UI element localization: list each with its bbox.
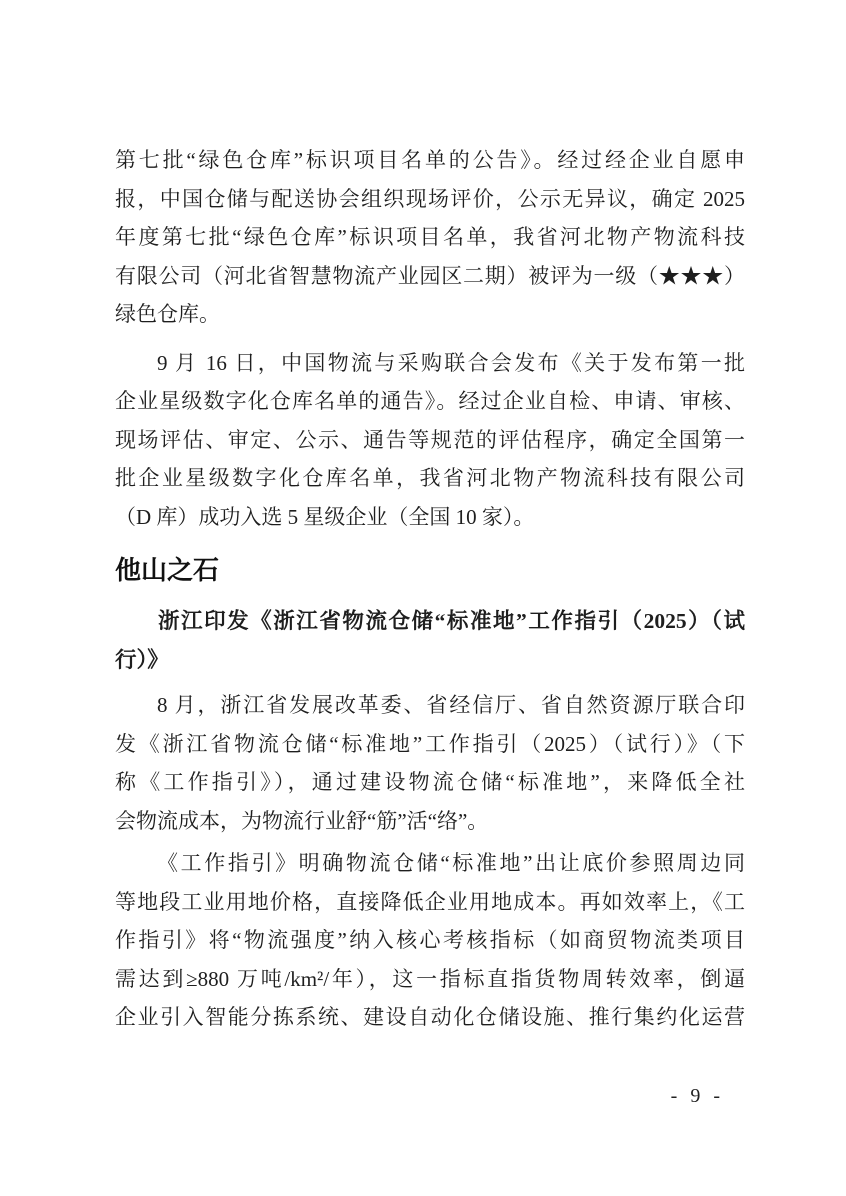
text-line: 企业星级数字化仓库名单的通告》。经过企业自检、申请、审核、 xyxy=(115,382,745,421)
paragraph-guideline-details: 《工作指引》明确物流仓储“标准地”出让底价参照周边同 等地段工业用地价格，直接降… xyxy=(115,844,745,1037)
subheading-zhejiang-guideline: 浙江印发《浙江省物流仓储“标准地”工作指引（2025）（试 行）》 xyxy=(115,602,745,679)
text-line: 报，中国仓储与配送协会组织现场评价，公示无异议，确定 2025 xyxy=(115,180,745,219)
text-line: 绿色仓库。 xyxy=(115,295,745,334)
document-page: 第七批“绿色仓库”标识项目名单的公告》。经过经企业自愿申 报，中国仓储与配送协会… xyxy=(0,0,846,1196)
text-line: 等地段工业用地价格，直接降低企业用地成本。再如效率上，《工 xyxy=(115,883,745,922)
text-line: 9 月 16 日，中国物流与采购联合会发布《关于发布第一批 xyxy=(115,344,745,383)
text-line: 需达到≥880 万吨/km²/年），这一指标直指货物周转效率，倒逼 xyxy=(115,960,745,999)
text-line: 发《浙江省物流仓储“标准地”工作指引（2025）（试行）》（下 xyxy=(115,725,745,764)
paragraph-green-warehouse-announcement: 第七批“绿色仓库”标识项目名单的公告》。经过经企业自愿申 报，中国仓储与配送协会… xyxy=(115,141,745,334)
text-line: 会物流成本，为物流行业舒“筋”活“络”。 xyxy=(115,802,745,841)
section-heading-tashanzhishi: 他山之石 xyxy=(115,548,745,592)
text-line: 企业引入智能分拣系统、建设自动化仓储设施、推行集约化运营 xyxy=(115,998,745,1037)
text-line: 8 月，浙江省发展改革委、省经信厅、省自然资源厅联合印 xyxy=(115,686,745,725)
text-line: 现场评估、审定、公示、通告等规范的评估程序，确定全国第一 xyxy=(115,421,745,460)
paragraph-star-digital-warehouse: 9 月 16 日，中国物流与采购联合会发布《关于发布第一批 企业星级数字化仓库名… xyxy=(115,344,745,537)
text-line: 《工作指引》明确物流仓储“标准地”出让底价参照周边同 xyxy=(115,844,745,883)
text-line: 有限公司（河北省智慧物流产业园区二期）被评为一级（★★★） xyxy=(115,257,745,296)
text-line: 年度第七批“绿色仓库”标识项目名单，我省河北物产物流科技 xyxy=(115,218,745,257)
subheading-line: 浙江印发《浙江省物流仓储“标准地”工作指引（2025）（试 xyxy=(115,602,745,641)
page-number: - 9 - xyxy=(671,1084,724,1108)
paragraph-zhejiang-issue: 8 月，浙江省发展改革委、省经信厅、省自然资源厅联合印 发《浙江省物流仓储“标准… xyxy=(115,686,745,840)
text-line: 称《工作指引》），通过建设物流仓储“标准地”，来降低全社 xyxy=(115,763,745,802)
text-line: 批企业星级数字化仓库名单，我省河北物产物流科技有限公司 xyxy=(115,459,745,498)
document-body: 第七批“绿色仓库”标识项目名单的公告》。经过经企业自愿申 报，中国仓储与配送协会… xyxy=(115,141,745,1037)
text-line: 作指引》将“物流强度”纳入核心考核指标（如商贸物流类项目 xyxy=(115,921,745,960)
text-line: （D 库）成功入选 5 星级企业（全国 10 家）。 xyxy=(115,498,745,537)
text-line: 第七批“绿色仓库”标识项目名单的公告》。经过经企业自愿申 xyxy=(115,141,745,180)
subheading-line: 行）》 xyxy=(115,641,745,680)
